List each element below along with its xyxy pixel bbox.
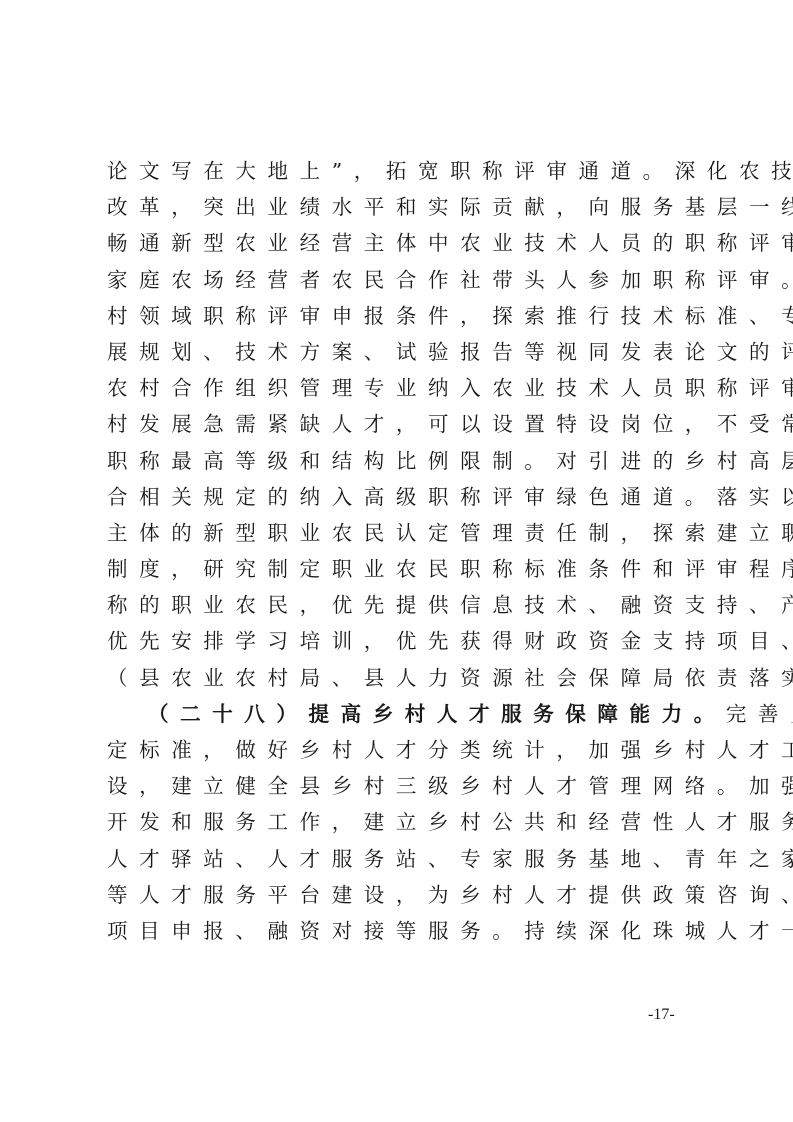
text-line: 人才驿站、人才服务站、专家服务基地、青年之家、妇女之家 xyxy=(107,841,689,877)
text-line: 合相关规定的纳入高级职称评审绿色通道。落实以县区政府为 xyxy=(107,479,689,515)
text-line: 项目申报、融资对接等服务。持续深化珠城人才一卡通，努力 xyxy=(107,913,689,949)
responsible-departments: （县农业农村局、县人力资源社会保障局依责落实） xyxy=(107,660,689,696)
text-line: 论文写在大地上”，拓宽职称评审通道。深化农技人员职称制度 xyxy=(107,153,689,189)
text-line: 称的职业农民，优先提供信息技术、融资支持、产品推介服务， xyxy=(107,587,689,623)
text-line: 职称最高等级和结构比例限制。对引进的乡村高层次人才，符 xyxy=(107,443,689,479)
paragraph-talent-evaluation: 论文写在大地上”，拓宽职称评审通道。深化农技人员职称制度 改革，突出业绩水平和实… xyxy=(107,153,689,696)
text-run: 完善乡村人才认 xyxy=(726,702,793,726)
section-heading: （二十八）提高乡村人才服务保障能力。 xyxy=(148,702,726,726)
body-text: 论文写在大地上”，拓宽职称评审通道。深化农技人员职称制度 改革，突出业绩水平和实… xyxy=(107,153,689,949)
text-line: 家庭农场经营者农民合作社带头人参加职称评审。完善农业农 xyxy=(107,262,689,298)
text-line: 畅通新型农业经营主体中农业技术人员的职称评审渠道，鼓励 xyxy=(107,225,689,261)
text-line: 农村合作组织管理专业纳入农业技术人员职称评审范围。对乡 xyxy=(107,370,689,406)
text-line: 优先安排学习培训，优先获得财政资金支持项目、政策补贴等。 xyxy=(107,623,689,659)
text-line: 等人才服务平台建设，为乡村人才提供政策咨询、职称申报、 xyxy=(107,877,689,913)
text-line: 展规划、技术方案、试验报告等视同发表论文的评审方式。将 xyxy=(107,334,689,370)
text-line: 村发展急需紧缺人才，可以设置特设岗位，不受常设岗位总量、 xyxy=(107,406,689,442)
document-page: 论文写在大地上”，拓宽职称评审通道。深化农技人员职称制度 改革，突出业绩水平和实… xyxy=(0,0,793,1122)
paragraph-talent-service: （二十八）提高乡村人才服务保障能力。完善乡村人才认 定标准，做好乡村人才分类统计… xyxy=(107,696,689,949)
page-number: -17- xyxy=(648,1006,675,1024)
text-line: 改革，突出业绩水平和实际贡献，向服务基层一线人才倾斜， xyxy=(107,189,689,225)
text-line: （二十八）提高乡村人才服务保障能力。完善乡村人才认 xyxy=(107,696,689,732)
text-line: 村领域职称评审申报条件，探索推行技术标准、专题报告、发 xyxy=(107,298,689,334)
text-line: 定标准，做好乡村人才分类统计，加强乡村人才工作信息化建 xyxy=(107,732,689,768)
text-line: 主体的新型职业农民认定管理责任制，探索建立职业农民职称 xyxy=(107,515,689,551)
text-line: 开发和服务工作，建立乡村公共和经营性人才服务机构，加强 xyxy=(107,804,689,840)
text-line: 设，建立健全县乡村三级乡村人才管理网络。加强人才管理、 xyxy=(107,768,689,804)
text-line: 制度，研究制定职业农民职称标准条件和评审程序，对获得职 xyxy=(107,551,689,587)
